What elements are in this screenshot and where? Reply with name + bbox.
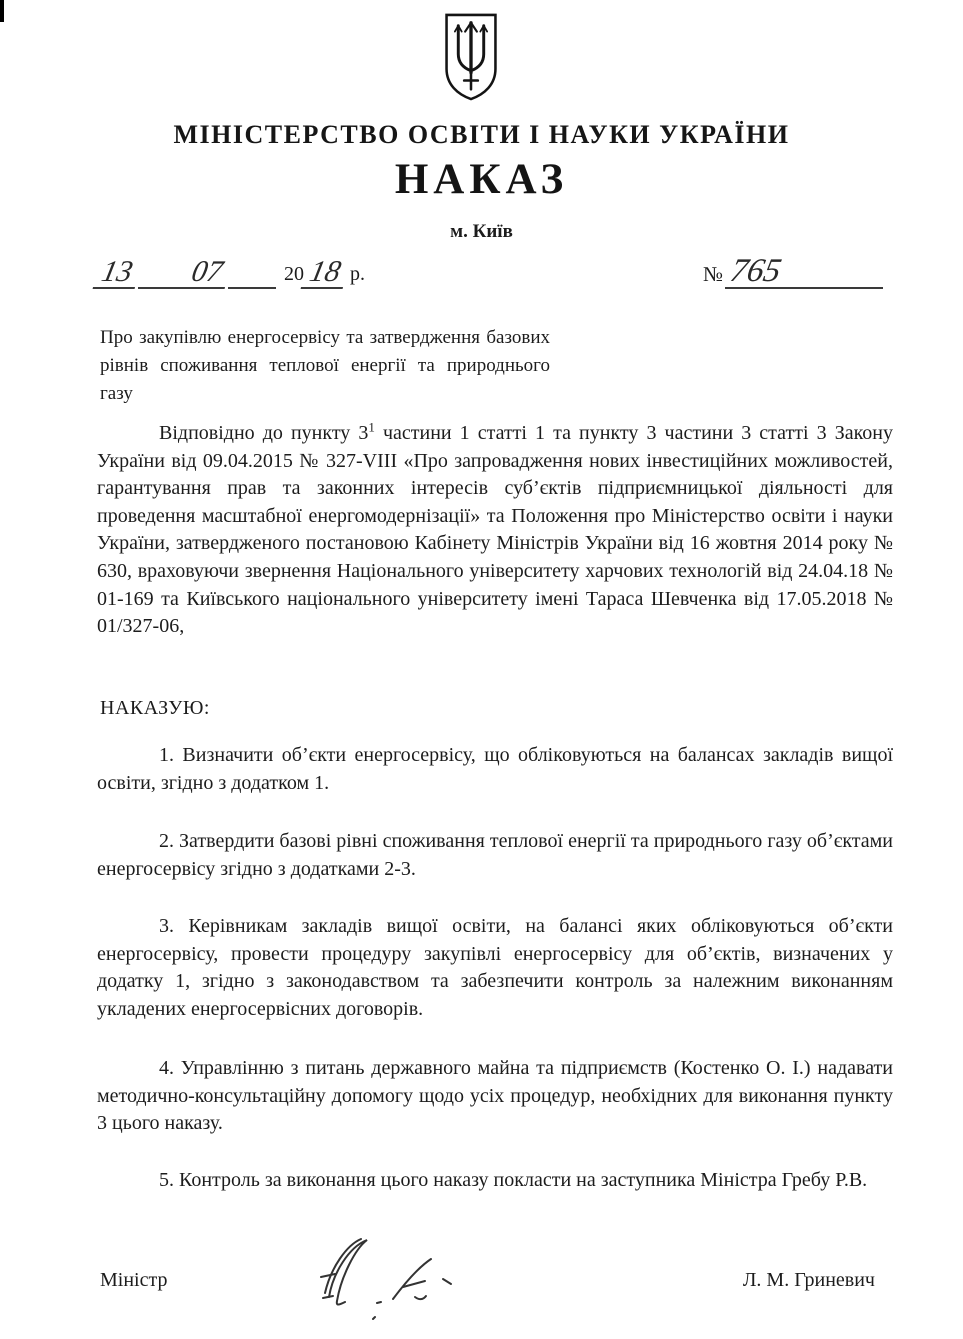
city-label: м. Київ xyxy=(0,221,963,243)
year-unit: р. xyxy=(350,259,365,289)
order-item-3: 3. Керівникам закладів вищої освіти, на … xyxy=(97,913,893,1023)
order-number-field: № 765 xyxy=(703,256,883,289)
order-item-1: 1. Визначити об’єкти енергосервісу, що о… xyxy=(97,742,893,797)
document-type-title: НАКАЗ xyxy=(0,155,963,204)
date-number-row: 13 07 20 18 р. № 765 xyxy=(96,256,883,289)
order-item-4: 4. Управлінню з питань державного майна … xyxy=(97,1055,893,1138)
handwritten-day: 13 xyxy=(93,257,142,289)
signer-name-label: Л. М. Гриневич xyxy=(743,1269,875,1292)
preamble-text-rest: частини 1 статті 1 та пункту 3 частини 3… xyxy=(97,422,893,637)
ministry-title: МІНІСТЕРСТВО ОСВІТИ І НАУКИ УКРАЇНИ xyxy=(0,120,963,150)
preamble-text-start: Відповідно до пункту 3 xyxy=(159,422,368,444)
date-fields: 13 07 20 18 р. xyxy=(96,257,365,289)
ukraine-coat-of-arms-icon xyxy=(441,12,501,102)
preamble-paragraph: Відповідно до пункту 31 частини 1 статті… xyxy=(97,420,893,641)
order-word: НАКАЗУЮ: xyxy=(100,697,210,720)
order-item-2: 2. Затвердити базові рівні споживання те… xyxy=(97,828,893,883)
order-item-5: 5. Контроль за виконання цього наказу по… xyxy=(97,1167,893,1195)
scan-artifact-mark xyxy=(0,0,4,22)
date-blank-line xyxy=(228,259,276,289)
signer-position-label: Міністр xyxy=(100,1269,167,1292)
handwritten-month: 07 xyxy=(183,257,232,289)
subject-paragraph: Про закупівлю енергосервісу та затвердже… xyxy=(100,324,550,408)
date-blank-line xyxy=(138,259,186,289)
minister-signature-icon xyxy=(315,1235,485,1325)
handwritten-order-number: 765 xyxy=(722,256,790,286)
scanned-order-page: МІНІСТЕРСТВО ОСВІТИ І НАУКИ УКРАЇНИ НАКА… xyxy=(0,0,963,1339)
number-blank-line: 765 xyxy=(725,256,883,289)
handwritten-year: 18 xyxy=(301,257,350,289)
signature-row: Міністр Л. М. Гриневич xyxy=(100,1235,875,1325)
number-sign-label: № xyxy=(703,259,723,289)
